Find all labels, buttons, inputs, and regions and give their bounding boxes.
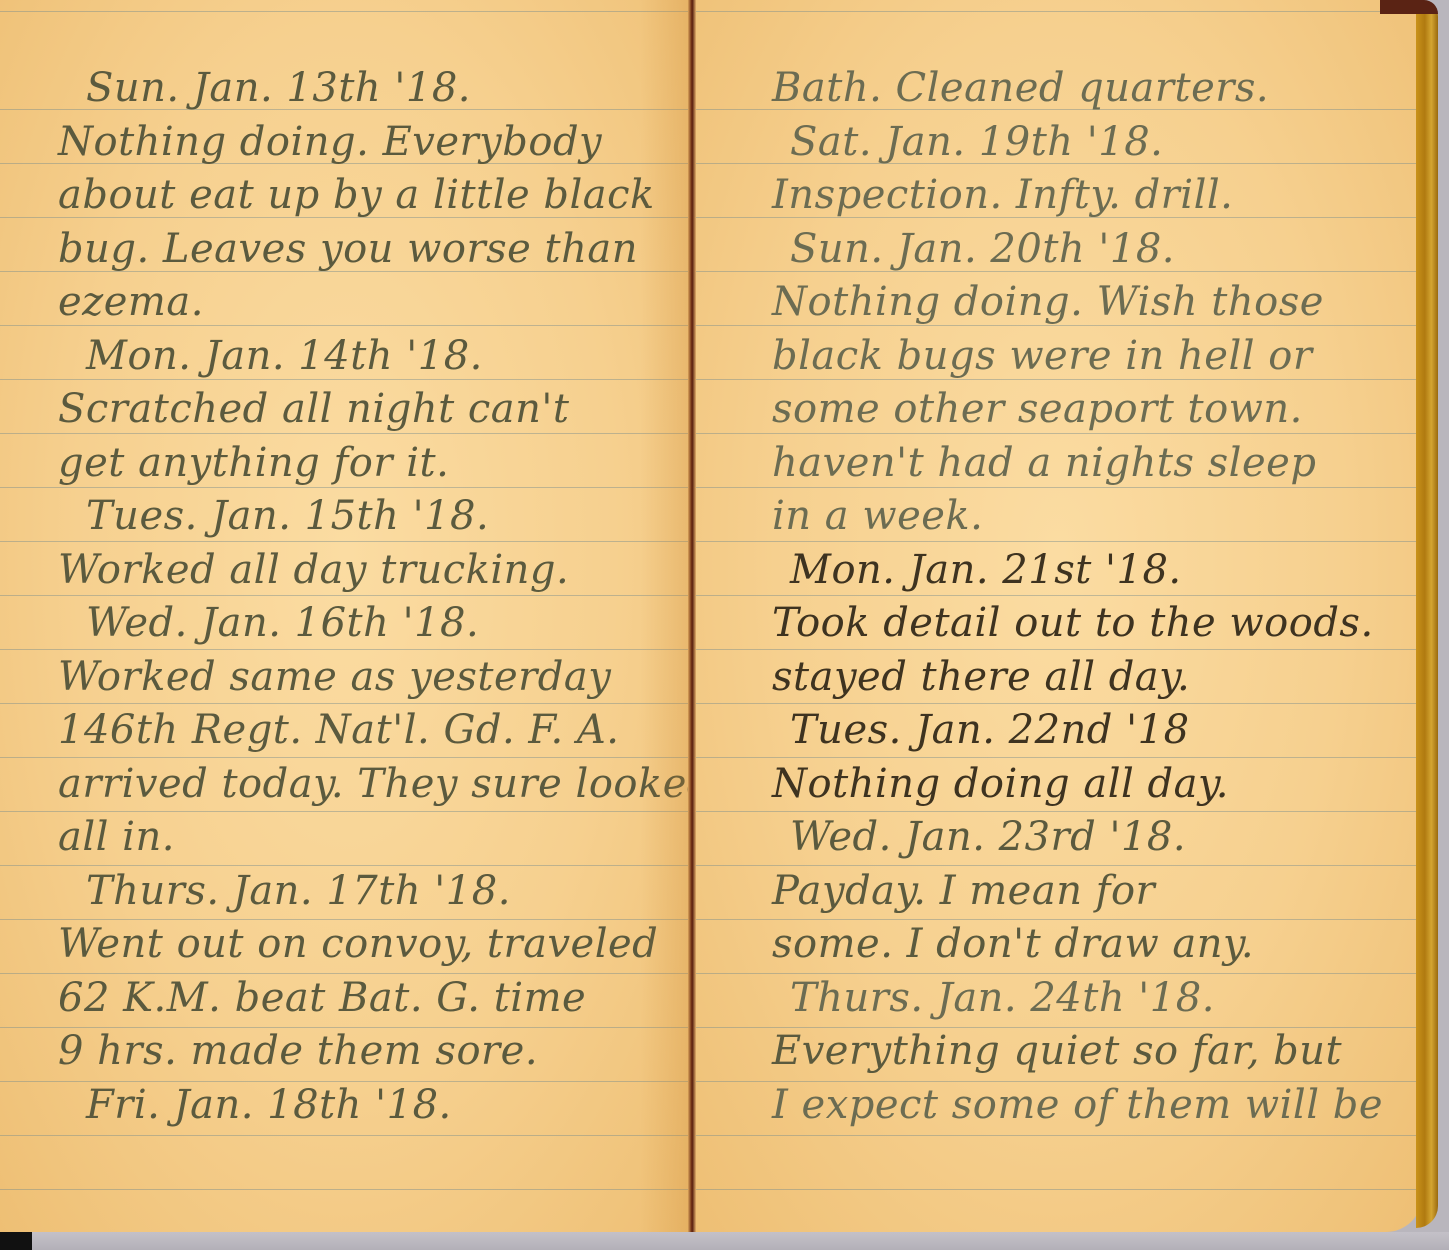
entry-date-line: Thurs. Jan. 17th '18. xyxy=(0,865,692,919)
entry-date-line: Sat. Jan. 19th '18. xyxy=(694,116,1422,170)
diary-line: Scratched all night can't xyxy=(0,383,692,437)
diary-line: ezema. xyxy=(0,276,692,330)
book-binding-gutter xyxy=(688,0,696,1232)
right-page-lines: Bath. Cleaned quarters. Sat. Jan. 19th '… xyxy=(694,62,1422,1132)
gutter-shadow xyxy=(640,0,690,1232)
diary-line: 62 K.M. beat Bat. G. time xyxy=(0,972,692,1026)
diary-line: arrived today. They sure looked xyxy=(0,758,692,812)
diary-line: some. I don't draw any. xyxy=(694,918,1422,972)
book-cover-top xyxy=(1380,0,1438,14)
diary-line: 146th Regt. Nat'l. Gd. F. A. xyxy=(0,704,692,758)
diary-line: about eat up by a little black xyxy=(0,169,692,223)
entry-date-line: Sun. Jan. 20th '18. xyxy=(694,223,1422,277)
diary-line: I expect some of them will be xyxy=(694,1079,1422,1133)
left-page-lines: Sun. Jan. 13th '18. Nothing doing. Every… xyxy=(0,62,692,1132)
scan-background xyxy=(0,1232,1449,1250)
diary-line: all in. xyxy=(0,811,692,865)
entry-date-line: Wed. Jan. 23rd '18. xyxy=(694,811,1422,865)
entry-date-line: Tues. Jan. 15th '18. xyxy=(0,490,692,544)
entry-date-line: Wed. Jan. 16th '18. xyxy=(0,597,692,651)
diary-line: 9 hrs. made them sore. xyxy=(0,1025,692,1079)
diary-line: Worked all day trucking. xyxy=(0,544,692,598)
diary-line: in a week. xyxy=(694,490,1422,544)
diary-line: haven't had a nights sleep xyxy=(694,437,1422,491)
book-cover-edge xyxy=(1416,0,1438,1228)
diary-line: Nothing doing. Everybody xyxy=(0,116,692,170)
entry-date-line: Fri. Jan. 18th '18. xyxy=(0,1079,692,1133)
diary-line: Payday. I mean for xyxy=(694,865,1422,919)
diary-line: Bath. Cleaned quarters. xyxy=(694,62,1422,116)
left-page: Sun. Jan. 13th '18. Nothing doing. Every… xyxy=(0,0,692,1232)
diary-line: Inspection. Infty. drill. xyxy=(694,169,1422,223)
right-page: Bath. Cleaned quarters. Sat. Jan. 19th '… xyxy=(694,0,1422,1232)
diary-line: bug. Leaves you worse than xyxy=(0,223,692,277)
entry-date-line: Thurs. Jan. 24th '18. xyxy=(694,972,1422,1026)
diary-line: stayed there all day. xyxy=(694,651,1422,705)
diary-line: black bugs were in hell or xyxy=(694,330,1422,384)
diary-line: Worked same as yesterday xyxy=(0,651,692,705)
diary-line: get anything for it. xyxy=(0,437,692,491)
diary-line: Nothing doing. Wish those xyxy=(694,276,1422,330)
scan-background-dark xyxy=(0,1232,32,1250)
diary-line: some other seaport town. xyxy=(694,383,1422,437)
entry-date-line: Sun. Jan. 13th '18. xyxy=(0,62,692,116)
entry-date-line: Mon. Jan. 14th '18. xyxy=(0,330,692,384)
diary-line: Everything quiet so far, but xyxy=(694,1025,1422,1079)
diary-line: Went out on convoy, traveled xyxy=(0,918,692,972)
diary-line: Nothing doing all day. xyxy=(694,758,1422,812)
entry-date-line: Tues. Jan. 22nd '18 xyxy=(694,704,1422,758)
diary-line: Took detail out to the woods. xyxy=(694,597,1422,651)
entry-date-line: Mon. Jan. 21st '18. xyxy=(694,544,1422,598)
